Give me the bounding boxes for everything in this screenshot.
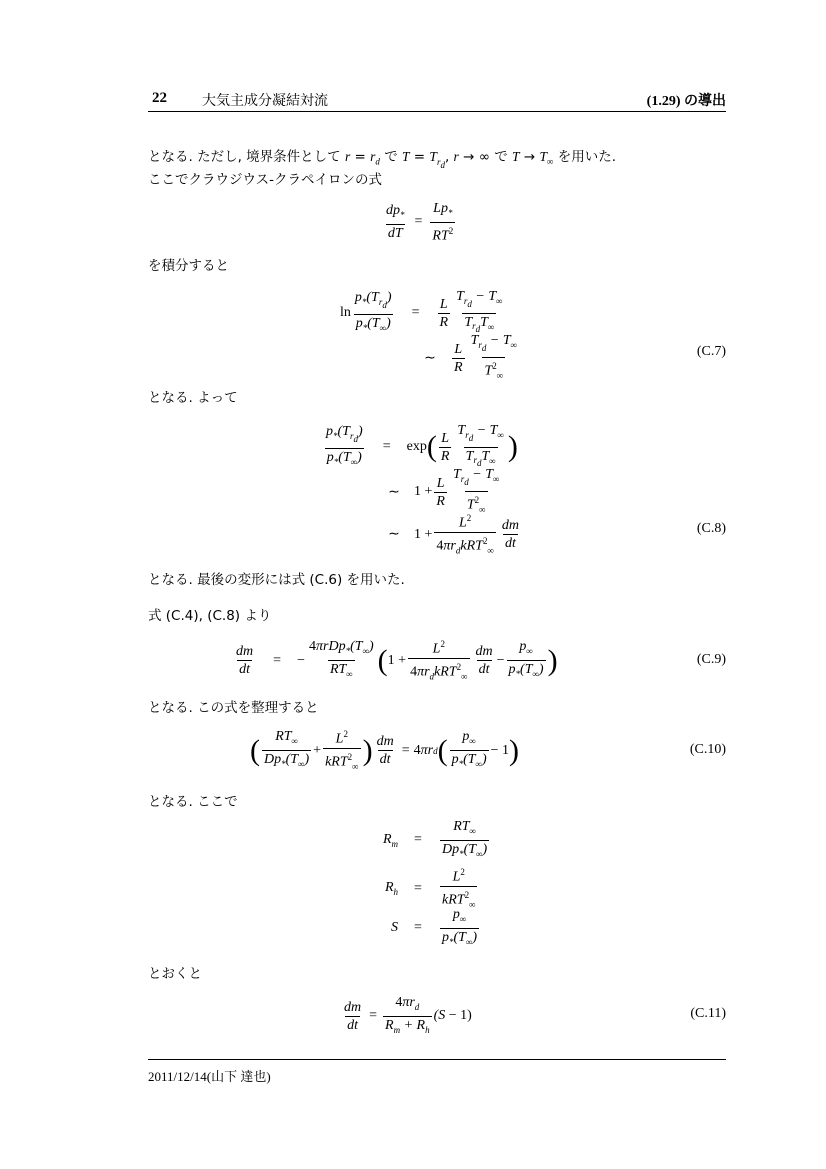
equation-c8-line1: p*(Trd)p*(T∞) = exp ( LR Trd − T∞TrdT∞ ) xyxy=(322,422,518,472)
paragraph-last-transform: となる. 最後の変形には式 (C.6) を用いた. xyxy=(148,568,405,588)
paragraph-clausius-clapeyron: ここでクラウジウス-クラペイロンの式 xyxy=(148,168,382,188)
paragraph-rearrange: となる. この式を整理すると xyxy=(148,696,319,716)
equation-label-c9: (C.9) xyxy=(697,652,726,668)
equation-c7-line1: ln p*(Trd)p*(T∞) = LR Trd − T∞TrdT∞ xyxy=(340,288,507,338)
page-header: 22 大気主成分凝結対流 (1.29) の導出 xyxy=(152,90,726,110)
equation-c7-line2: ∼ LR Trd − T∞T2∞ xyxy=(410,332,521,384)
equation-c8-line3: ∼ 1 + L24πrdkRT2∞ dmdt xyxy=(374,510,523,559)
paragraph-here: となる. ここで xyxy=(148,790,238,810)
page-number: 22 xyxy=(152,90,167,107)
paragraph-boundary-conditions: となる. ただし, 境界条件として r = rd で T = Trd, r → … xyxy=(148,145,616,169)
equation-c11: dmdt = 4πrdRm + Rh (S − 1) xyxy=(340,994,472,1039)
equation-c10: ( RT∞Dp*(T∞) + L2kRT2∞ ) dmdt = 4πrd ( p… xyxy=(250,726,519,775)
equation-label-c8: (C.8) xyxy=(697,521,726,537)
equation-label-c10: (C.10) xyxy=(690,742,726,758)
equation-clausius-clapeyron: dp*dT = Lp*RT2 xyxy=(382,200,457,244)
equation-label-c7: (C.7) xyxy=(697,344,726,360)
section-title: (1.29) の導出 xyxy=(647,90,726,110)
footer-rule xyxy=(148,1059,726,1060)
chapter-title: 大気主成分凝結対流 xyxy=(202,90,328,110)
equation-def-s: S = p∞p*(T∞) xyxy=(360,906,481,951)
footer-date-author: 2011/12/14(山下 達也) xyxy=(148,1066,271,1085)
equation-def-rm: Rm = RT∞Dp*(T∞) xyxy=(360,818,491,863)
paragraph-setting: とおくと xyxy=(148,962,202,982)
paragraph-integrate: を積分すると xyxy=(148,254,229,274)
equation-label-c11: (C.11) xyxy=(690,1006,726,1022)
paragraph-from-c4-c8: 式 (C.4), (C.8) より xyxy=(148,604,271,624)
equation-c9: dmdt = − 4πrDp*(T∞)RT∞ ( 1 + L24πrdkRT2∞… xyxy=(232,636,558,685)
header-rule xyxy=(148,111,726,112)
paragraph-therefore: となる. よって xyxy=(148,386,238,406)
